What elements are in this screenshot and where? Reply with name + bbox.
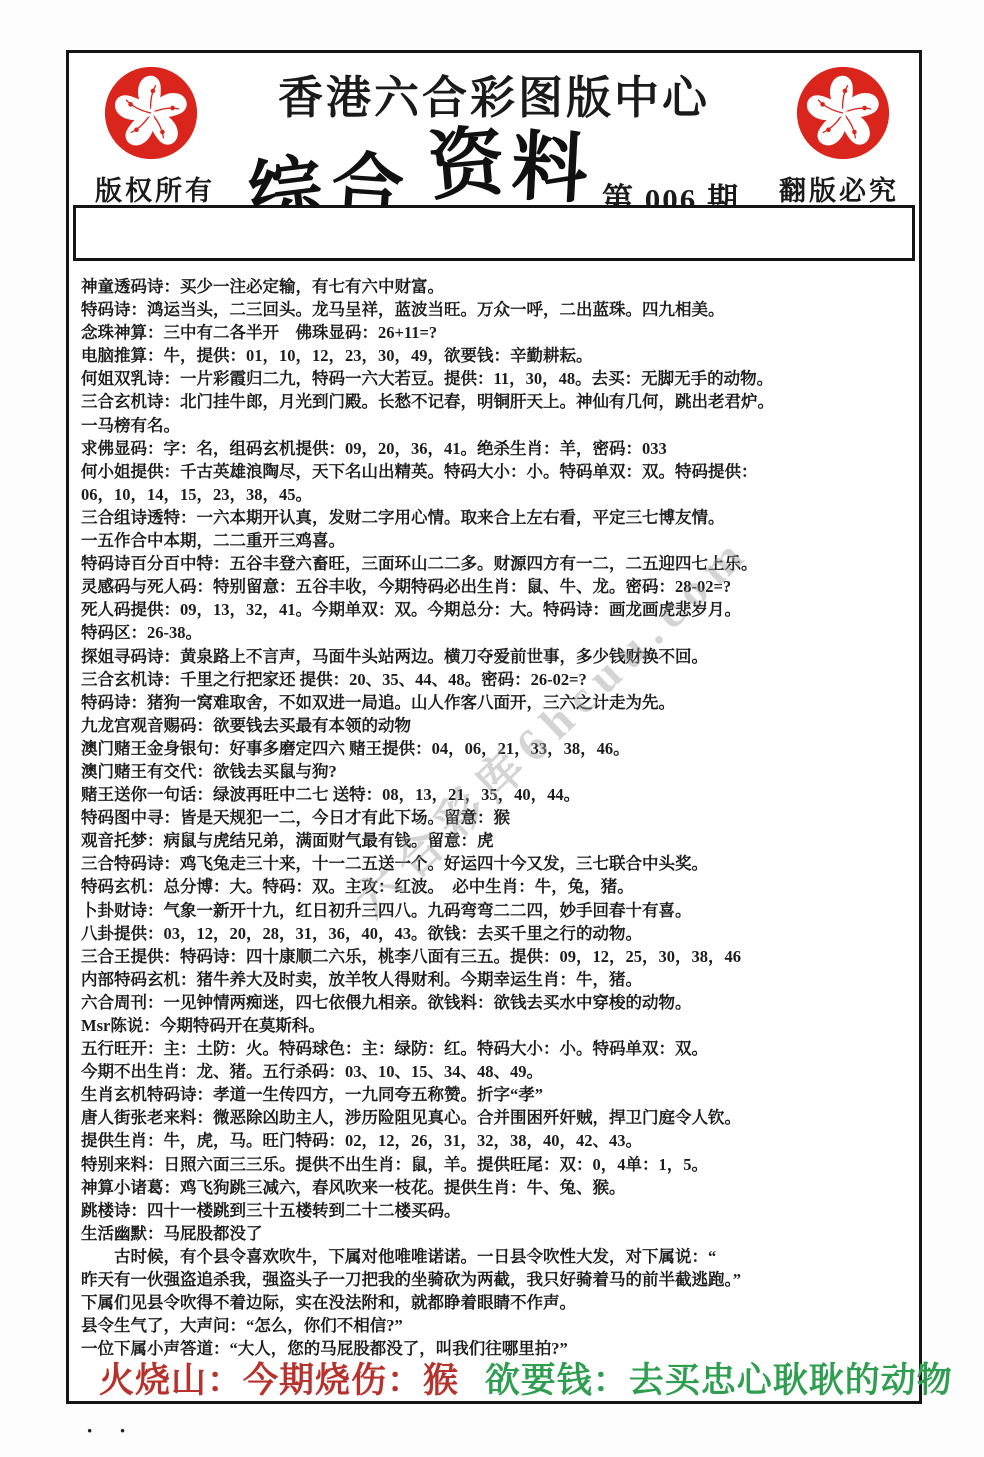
tip-line: 九龙宫观音赐码：欲要钱去买最有本领的动物 (81, 714, 913, 737)
empty-result-strip (73, 205, 915, 261)
tip-line: 澳门赌王有交代：欲钱去买鼠与狗? (81, 760, 913, 783)
tip-line: 三合特码诗：鸡飞兔走三十来，十一二五送一个。好运四十今又发，三七联合中头奖。 (81, 852, 913, 875)
tips-list: 神童透码诗：买少一注必定输，有七有六中财富。特码诗：鸿运当头，二三回头。龙马呈祥… (81, 275, 913, 1360)
page-corner-dots: · · (86, 1418, 136, 1444)
tip-line: 三合王提供：特码诗：四十康顺二六乐，桃李八面有三五。提供：09，12，25，30… (81, 945, 913, 968)
tip-line: 八卦提供：03，12，20，28，31，36，40，43。欲钱：去买千里之行的动… (81, 922, 913, 945)
copyright-right-label: 翻版必究 (779, 169, 899, 208)
scan-page: 香港六合彩图版中心 综 合 资 料 第 006 期 版权所有 翻版必究 神童透码… (0, 0, 984, 1457)
tip-line: 特码诗：鸿运当头，二三回头。龙马呈祥，蓝波当旺。万众一呼，二出蓝珠。四九相美。 (81, 298, 913, 321)
tip-line: 昨天有一伙强盗追杀我，强盗头子一刀把我的坐骑砍为两截，我只好骑着马的前半截逃跑。… (81, 1268, 913, 1291)
tip-line: 澳门赌王金身银句：好事多磨定四六 赌王提供：04，06，21，33，38，46。 (81, 737, 913, 760)
tip-line: 特码诗百分百中特：五谷丰登六畜旺，三面环山二二多。财源四方有一二，二五迎四七上乐… (81, 552, 913, 575)
tip-line: 特码玄机：总分博：大。特码：双。主攻：红波。 必中生肖：牛，兔，猪。 (81, 875, 913, 898)
tip-line: 赌王送你一句话：绿波再旺中二七 送特：08，13，21，35，40，44。 (81, 783, 913, 806)
tip-line: 生活幽默：马屁股都没了 (81, 1222, 913, 1245)
tip-line: 内部特码玄机：猪牛养大及时卖，放羊牧人得财利。今期幸运生肖：牛，猪。 (81, 968, 913, 991)
tip-line: 唐人街张老来料：微恶除凶助主人，涉历险阻见真心。合并围困歼奸贼，捍卫门庭令人钦。 (81, 1106, 913, 1129)
main-title-char: 料 (509, 105, 591, 218)
tip-line: 神算小诸葛：鸡飞狗跳三减六，春风吹来一枝花。提供生肖：牛、兔、猴。 (81, 1176, 913, 1199)
banner-fire-text: 火烧山：今期烧伤：猴 (99, 1361, 459, 1400)
tip-line: 探姐寻码诗：黄泉路上不言声，马面牛头站两边。横刀夺爱前世事，多少钱财换不回。 (81, 645, 913, 668)
tip-line: 生肖玄机特码诗：孝道一生传四方，一九同夸五称赞。折字“孝” (81, 1083, 913, 1106)
tip-line: 何小姐提供：千古英雄浪陶尽，天下名山出精英。特码大小：小。特码单双：双。特码提供… (81, 460, 913, 483)
tip-line: 念珠神算：三中有二各半开 佛珠显码：26+11=? (81, 321, 913, 344)
tip-line: 六合周刊：一见钟情两痴迷，四七依偎九相亲。欲钱料：欲钱去买水中穿梭的动物。 (81, 991, 913, 1014)
tip-line: 古时候，有个县令喜欢吹牛，下属对他唯唯诺诺。一日县令吹性大发，对下属说：“ (81, 1245, 913, 1268)
banner-money-text: 欲要钱：去买忠心耿耿的动物 (485, 1361, 953, 1400)
tip-line: 三合组诗透特：一六本期开认真，发财二字用心情。取来合上左右看，平定三七博友情。 (81, 506, 913, 529)
tip-line: 今期不出生肖：龙、猪。五行杀码：03、10、15、34、48、49。 (81, 1060, 913, 1083)
tip-line: 一五作合中本期，二二重开三鸡喜。 (81, 529, 913, 552)
tip-line: 三合玄机诗：千里之行把家还 提供：20、35、44、48。密码：26-02=? (81, 668, 913, 691)
main-title-char: 资 (423, 100, 508, 215)
tip-line: 何姐双乳诗：一片彩霞归二九，特码一六大若豆。提供：11，30，48。去买：无脚无… (81, 367, 913, 390)
tip-line: 一马榜有名。 (81, 414, 913, 437)
tip-line: 神童透码诗：买少一注必定输，有七有六中财富。 (81, 275, 913, 298)
tip-line: 特别来料：日照六面三三乐。提供不出生肖：鼠，羊。提供旺尾：双：0，4单：1，5。 (81, 1153, 913, 1176)
tip-line: 死人码提供：09，13，32，41。今期单双：双。今期总分：大。特码诗：画龙画虎… (81, 598, 913, 621)
tip-line: 特码图中寻：皆是天规犯一二，今日才有此下场。留意：猴 (81, 806, 913, 829)
tip-line: 求佛显码：字：名，组码玄机提供：09，20，36，41。绝杀生肖：羊，密码：03… (81, 437, 913, 460)
tip-line: 县令生气了，大声问：“怎么，你们不相信?” (81, 1314, 913, 1337)
tip-line: 观音托梦：病鼠与虎结兄弟，满面财气最有钱。留意：虎 (81, 829, 913, 852)
tip-line: 下属们见县令吹得不着边际，实在没法附和，就都睁着眼睛不作声。 (81, 1291, 913, 1314)
tip-line: 电脑推算：牛，提供：01，10，12，23，30，49，欲要钱：辛勤耕耘。 (81, 344, 913, 367)
copyright-left-label: 版权所有 (95, 169, 215, 208)
tip-line: 卜卦财诗：气象一新开十九，红日初升三四八。九码弯弯二二四，妙手回春十有喜。 (81, 899, 913, 922)
tip-line: 特码诗：猪狗一窝难取舍，不如双进一局追。山人作客八面开，三六之计走为先。 (81, 691, 913, 714)
tip-line: Msr陈说：今期特码开在莫斯科。 (81, 1014, 913, 1037)
tip-line: 06，10，14，15，23，38，45。 (81, 483, 913, 506)
bottom-banner: 火烧山：今期烧伤：猴 欲要钱：去买忠心耿耿的动物 (99, 1353, 953, 1403)
tip-line: 跳楼诗：四十一楼跳到三十五楼转到二十二楼买码。 (81, 1199, 913, 1222)
tip-line: 提供生肖：牛，虎，马。旺门特码：02，12，26，31，32，38，40，42、… (81, 1129, 913, 1152)
tip-line: 五行旺开：主：土防：火。特码球色：主：绿防：红。特码大小：小。特码单双：双。 (81, 1037, 913, 1060)
tip-line: 灵感码与死人码：特别留意：五谷丰收，今期特码必出生肖：鼠、牛、龙。密码：28-0… (81, 575, 913, 598)
document-frame: 香港六合彩图版中心 综 合 资 料 第 006 期 版权所有 翻版必究 神童透码… (66, 50, 922, 1404)
tip-line: 特码区：26-38。 (81, 621, 913, 644)
tip-line: 三合玄机诗：北门挂牛郎，月光到门殿。长愁不记春，明铜肝天上。神仙有几何，跳出老君… (81, 390, 913, 413)
